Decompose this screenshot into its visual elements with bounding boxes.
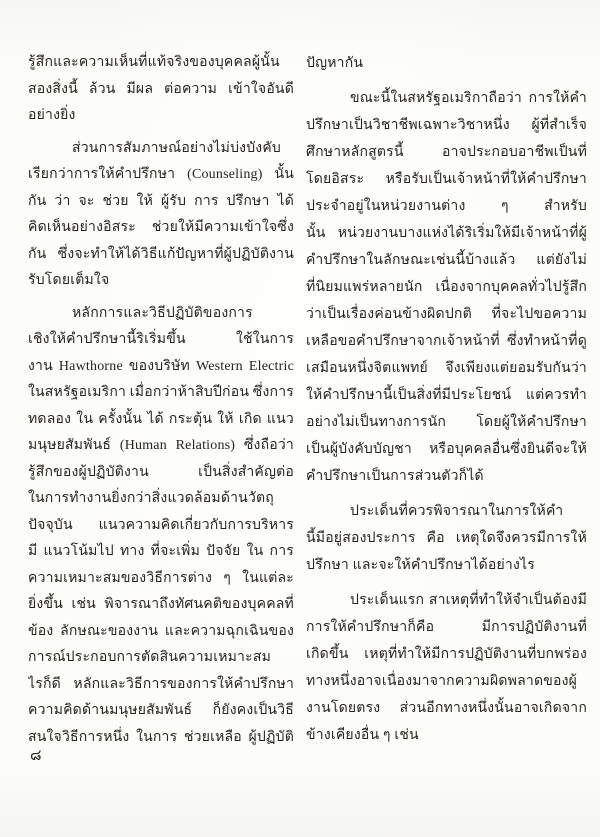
text-line: เป็นผู้บังคับบัญชา หรือบุคคลอื่นซึ่งยินด… xyxy=(306,436,587,463)
text-line: ประเด็นที่ควรพิจารณาในการให้คำปรึกษา xyxy=(306,498,587,525)
text-line: ประเด็นแรก สาเหตุที่ทำให้จำเป็นต้องมี xyxy=(306,587,587,614)
text-line: เหลือขอคำปรึกษาจากเจ้าหน้าที่ ซึ่งทำหน้า… xyxy=(306,328,587,355)
text-line: อย่างยิ่ง xyxy=(28,103,294,130)
page-number: ๘ xyxy=(30,746,42,766)
text-line: สองสิ่งนี้ ล้วน มีผล ต่อความ เข้าใจอันดี… xyxy=(28,77,294,104)
paragraph: ปัญหากัน xyxy=(306,50,587,77)
text-line: โดยอิสระ หรือรับเป็นเจ้าหน้าที่ให้คำปรึก… xyxy=(306,166,587,193)
paragraph: ส่วนการสัมภาษณ์อย่างไม่บ่งบังคับ หรือที่… xyxy=(28,136,294,295)
right-column: ปัญหากันขณะนี้ในสหรัฐอเมริกาถือว่า การให… xyxy=(306,50,587,751)
text-line: ยิ่งขึ้น เช่น พิจารณาถึงทัศนคติของบุคคลท… xyxy=(28,592,294,619)
text-line: ในสหรัฐอเมริกา เมื่อกว่าห้าสิบปีก่อน ซึ่… xyxy=(28,380,294,407)
text-line: เรียกว่าการให้คำปรึกษา (Counseling) นั้น… xyxy=(28,162,294,189)
paragraph: รู้สึกและความเห็นที่แท้จริงของบุคคลผู้นั… xyxy=(28,50,294,130)
text-line: สนใจวิธีการหนึ่ง ในการ ช่วยเหลือ ผู้ปฏิบ… xyxy=(28,725,294,752)
text-line: ทดลอง ใน ครั้งนั้น ได้ กระตุ้น ให้ เกิด … xyxy=(28,407,294,434)
text-line: เกิดขึ้น เหตุที่ทำให้มีการปฏิบัติงานที่บ… xyxy=(306,641,587,668)
text-line: งาน Hawthorne ของบริษัท Western Electric xyxy=(28,354,294,381)
text-line: ว่าเป็นเรื่องค่อนข้างผิดปกติ ที่จะไปขอคว… xyxy=(306,301,587,328)
text-line: ในการทำงานยิ่งกว่าสิ่งแวดล้อมด้านวัตถุ แ… xyxy=(28,486,294,513)
text-line: ไรก็ดี หลักและวิธีการของการให้คำปรึกษาตา… xyxy=(28,672,294,699)
text-line: ให้คำปรึกษานี้เป็นสิ่งที่มีประโยชน์ แต่ค… xyxy=(306,382,587,409)
text-line: ข้างเคียงอื่น ๆ เช่น xyxy=(306,722,587,749)
text-line: ประจำอยู่ในหน่วยงานต่าง ๆ สำหรับประเทศไท… xyxy=(306,193,587,220)
text-line: อย่างไม่เป็นทางการนัก โดยผู้ให้คำปรึกษา … xyxy=(306,409,587,436)
text-line: ความคิดด้านมนุษยสัมพันธ์ ก็ยังคงเป็นวิธี… xyxy=(28,698,294,725)
paragraph: หลักการและวิธีปฏิบัติของการ สัมภาษณ์ ในเ… xyxy=(28,301,294,752)
text-line: คำปรึกษาเป็นการส่วนตัวก็ได้ xyxy=(306,463,587,490)
text-line: ปรึกษา และจะให้คำปรึกษาได้อย่างไร xyxy=(306,552,587,579)
text-line: หลักการและวิธีปฏิบัติของการ สัมภาษณ์ ใน xyxy=(28,301,294,328)
text-line: รู้สึกของผู้ปฏิบัติงาน เป็นสิ่งสำคัญต่อป… xyxy=(28,460,294,487)
paragraph: ขณะนี้ในสหรัฐอเมริกาถือว่า การให้คำปรึกษ… xyxy=(306,85,587,490)
paragraph: ประเด็นแรก สาเหตุที่ทำให้จำเป็นต้องมีการ… xyxy=(306,587,587,749)
text-columns: รู้สึกและความเห็นที่แท้จริงของบุคคลผู้นั… xyxy=(28,50,587,751)
text-line: มี แนวโน้มไป ทาง ที่จะเพิ่ม ปัจจัย ใน กา… xyxy=(28,539,294,566)
text-line: ความเหมาะสมของวิธีการต่าง ๆ ในแต่ละกรณีม… xyxy=(28,566,294,593)
text-line: คำปรึกษาในลักษณะเช่นนี้บ้างแล้ว แต่ยังไม… xyxy=(306,247,587,274)
text-line: เชิงให้คำปรึกษานี้ริเริ่มขึ้น ใช้ในการ ท… xyxy=(28,327,294,354)
text-line: การให้คำปรึกษาก็คือ มีการปฏิบัติงานที่บก… xyxy=(306,614,587,641)
scanned-document-page: รู้สึกและความเห็นที่แท้จริงของบุคคลผู้นั… xyxy=(0,0,600,837)
text-line: รับโดยเต็มใจ xyxy=(28,268,294,295)
text-line: การณ์ประกอบการตัดสินความเหมาะสมด้วย อย่า… xyxy=(28,645,294,672)
text-line: ปัญหากัน xyxy=(306,50,587,77)
text-line: ทางหนึ่งอาจเนื่องมาจากความผิดพลาดของผู้ป… xyxy=(306,668,587,695)
text-line: เสมือนหนึ่งจิตแพทย์ จึงเพียงแต่ยอมรับกัน… xyxy=(306,355,587,382)
text-line: ขณะนี้ในสหรัฐอเมริกาถือว่า การให้คำ xyxy=(306,85,587,112)
text-line: งานโดยตรง ส่วนอีกทางหนึ่งนั้นอาจเกิดจากเ… xyxy=(306,695,587,722)
text-line: นั้น หน่วยงานบางแห่งได้ริเริ่มให้มีเจ้าห… xyxy=(306,220,587,247)
text-line: นี้มีอยู่สองประการ คือ เหตุใดจึงควรมีการ… xyxy=(306,525,587,552)
text-line: มนุษยสัมพันธ์ (Human Relations) ซึ่งถือว… xyxy=(28,433,294,460)
text-line: กัน ว่า จะ ช่วย ให้ ผู้รับ การ ปรึกษา ได… xyxy=(28,189,294,216)
text-line: ปัจจุบัน แนวความคิดเกี่ยวกับการบริหารงาน… xyxy=(28,513,294,540)
left-column: รู้สึกและความเห็นที่แท้จริงของบุคคลผู้นั… xyxy=(28,50,294,751)
text-line: รู้สึกและความเห็นที่แท้จริงของบุคคลผู้นั… xyxy=(28,50,294,77)
text-line: ส่วนการสัมภาษณ์อย่างไม่บ่งบังคับ หรือที่ xyxy=(28,136,294,163)
text-line: คิดเห็นอย่างอิสระ ช่วยให้มีความเข้าใจซึ่… xyxy=(28,215,294,242)
text-line: กัน ซึ่งจะทำให้ได้วิธีแก้ปัญหาที่ผู้ปฏิบ… xyxy=(28,242,294,269)
text-line: ข้อง ลักษณะของงาน และความฉุกเฉินของสถาน- xyxy=(28,619,294,646)
text-line: ศึกษาหลักสูตรนี้ อาจประกอบอาชีพเป็นที่ปร… xyxy=(306,139,587,166)
text-line: ปรึกษาเป็นวิชาชีพเฉพาะวิชาหนึ่ง ผู้ที่สำ… xyxy=(306,112,587,139)
paragraph: ประเด็นที่ควรพิจารณาในการให้คำปรึกษานี้ม… xyxy=(306,498,587,579)
text-line: ที่นิยมแพร่หลายนัก เนื่องจากบุคคลทั่วไปร… xyxy=(306,274,587,301)
